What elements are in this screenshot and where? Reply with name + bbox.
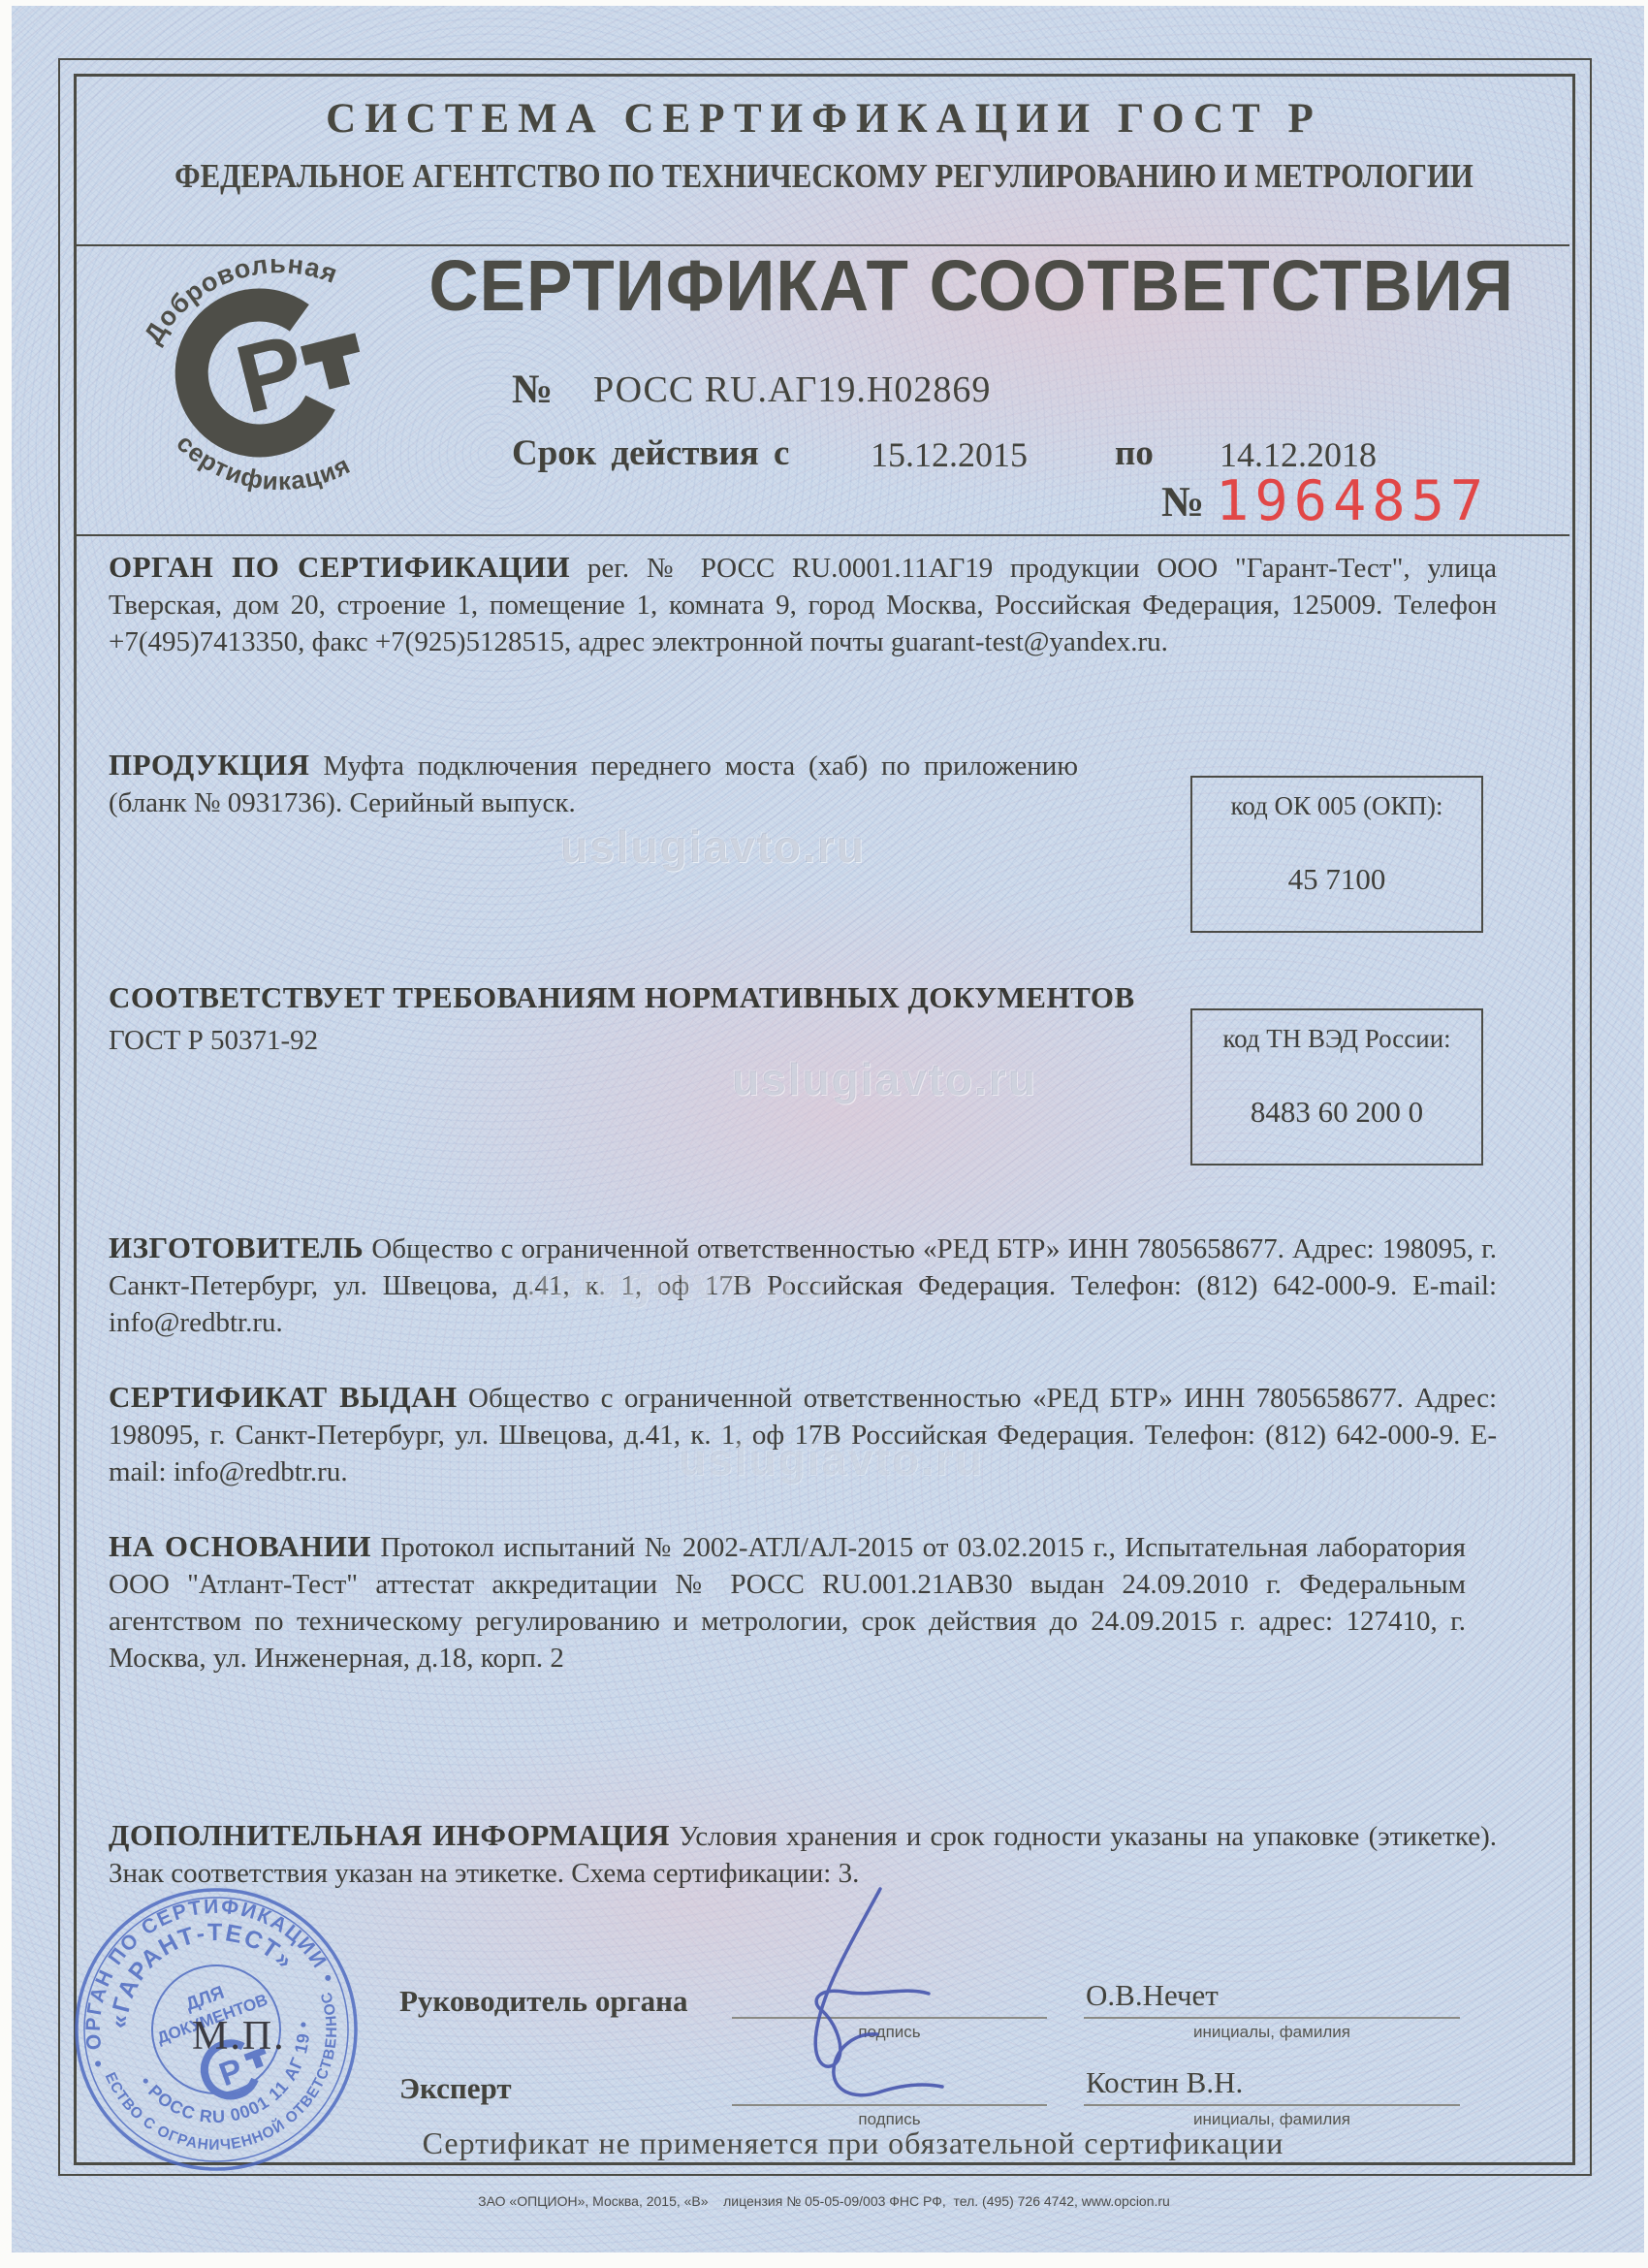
- scan-edge-bottom: [0, 2252, 1648, 2268]
- signature-head-stroke: [815, 1889, 929, 2066]
- tnved-code-box: код ТН ВЭД России: 8483 60 200 0: [1190, 1008, 1483, 1166]
- organ-divider: [77, 534, 1569, 536]
- tnved-code-value: 8483 60 200 0: [1192, 1095, 1481, 1130]
- rst-logo: Добровольная сертификация Р: [136, 244, 407, 496]
- watermark: uslugiavto.ru: [732, 1053, 1037, 1105]
- watermark: uslugiavto.ru: [523, 1257, 829, 1309]
- certificate-page: СИСТЕМА СЕРТИФИКАЦИИ ГОСТ Р ФЕДЕРАЛЬНОЕ …: [0, 0, 1648, 2268]
- print-info: ЗАО «ОПЦИОН», Москва, 2015, «В» лицензия…: [97, 2193, 1551, 2209]
- scan-edge-top: [0, 0, 1648, 6]
- handwritten-signatures: [717, 1871, 1125, 2124]
- tnved-code-label: код ТН ВЭД России:: [1192, 1024, 1481, 1054]
- signature-expert-stroke: [834, 2034, 942, 2095]
- scan-edge-right: [1644, 0, 1648, 2268]
- scan-edge-left: [0, 0, 12, 2268]
- rst-mark: Р: [177, 282, 375, 455]
- okp-code-value: 45 7100: [1192, 862, 1481, 897]
- okp-code-box: код ОК 005 (ОКП): 45 7100: [1190, 776, 1483, 933]
- stamp-place-label: М.П.: [192, 2013, 286, 2060]
- rst-mark-p: Р: [226, 313, 315, 434]
- okp-code-label: код ОК 005 (ОКП):: [1192, 791, 1481, 821]
- watermark: uslugiavto.ru: [679, 1433, 984, 1485]
- watermark: uslugiavto.ru: [560, 820, 866, 873]
- disclaimer: Сертификат не применяется при обязательн…: [223, 2125, 1483, 2161]
